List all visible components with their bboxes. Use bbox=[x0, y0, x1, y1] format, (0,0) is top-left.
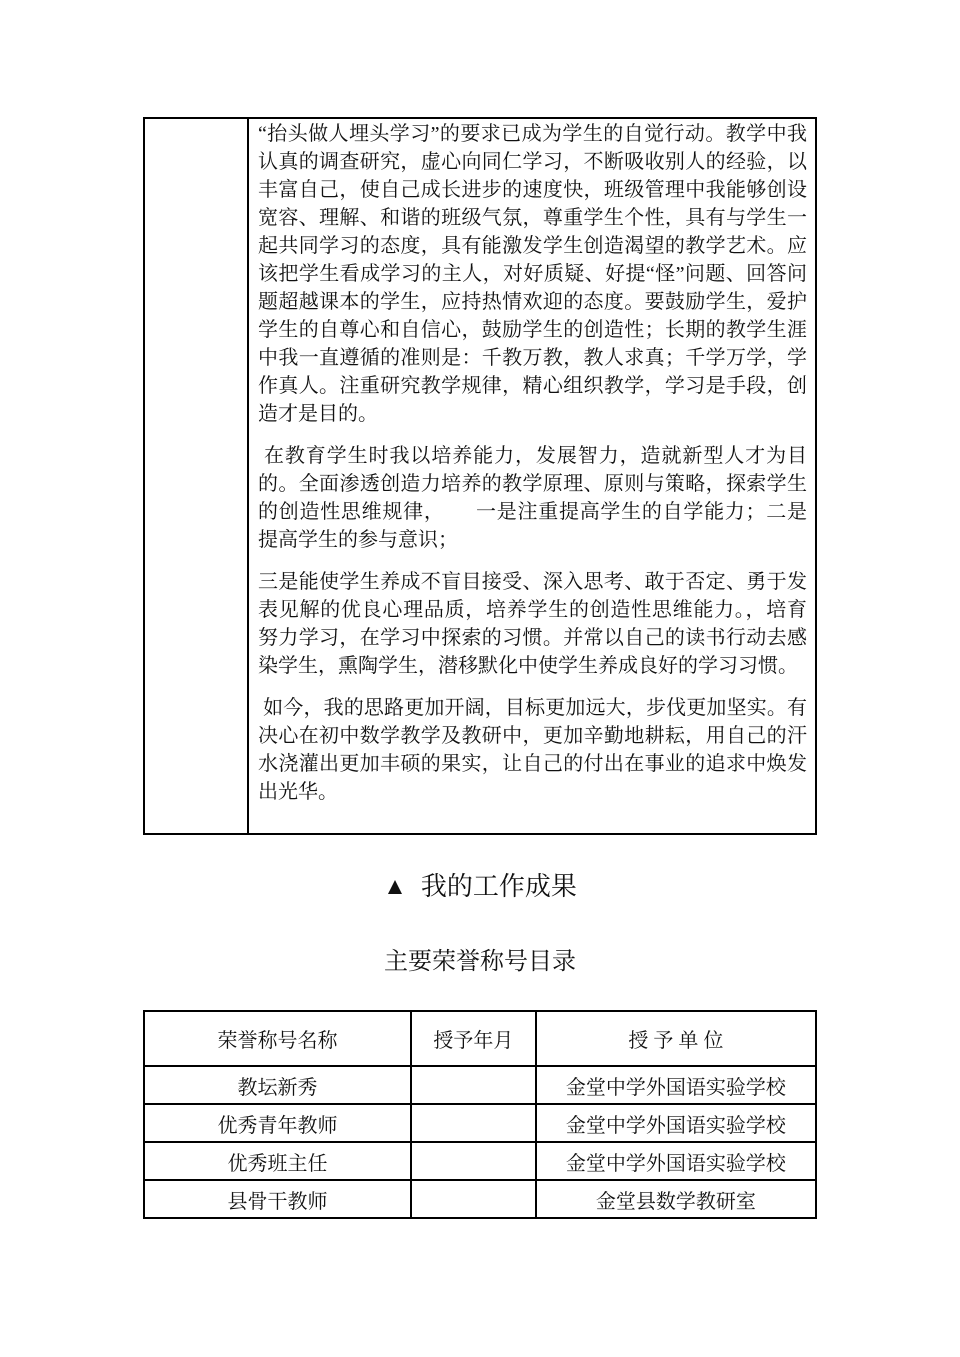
honor-row: 优秀班主任 金堂中学外国语实验学校 bbox=[144, 1142, 816, 1180]
honor-name-cell: 县骨干教师 bbox=[144, 1180, 411, 1218]
honor-row: 优秀青年教师 金堂中学外国语实验学校 bbox=[144, 1104, 816, 1142]
triangle-marker-icon: ▲ bbox=[383, 874, 407, 900]
award-date-cell bbox=[411, 1180, 536, 1218]
document-page: “抬头做人埋头学习”的要求已成为学生的自觉行动。教学中我认真的调查研究，虚心向同… bbox=[0, 0, 960, 1357]
award-date-cell bbox=[411, 1104, 536, 1142]
award-unit-cell: 金堂中学外国语实验学校 bbox=[536, 1104, 816, 1142]
paragraph: 如今，我的思路更加开阔，目标更加远大，步伐更加坚实。有决心在初中数学教学及教研中… bbox=[258, 694, 807, 806]
paragraph: 在教育学生时我以培养能力，发展智力，造就新型人才为目的。全面渗透创造力培养的教学… bbox=[258, 442, 807, 554]
honor-row: 教坛新秀 金堂中学外国语实验学校 bbox=[144, 1066, 816, 1104]
header-cell-award-date: 授予年月 bbox=[411, 1011, 536, 1066]
award-unit-cell: 金堂县数学教研室 bbox=[536, 1180, 816, 1218]
honor-name-cell: 优秀班主任 bbox=[144, 1142, 411, 1180]
section-heading-text: 我的工作成果 bbox=[421, 872, 577, 901]
header-cell-award-unit: 授 予 单 位 bbox=[536, 1011, 816, 1066]
header-cell-title-name: 荣誉称号名称 bbox=[144, 1011, 411, 1066]
honor-row: 县骨干教师 金堂县数学教研室 bbox=[144, 1180, 816, 1218]
empty-label-cell bbox=[144, 118, 248, 834]
self-evaluation-table: “抬头做人埋头学习”的要求已成为学生的自觉行动。教学中我认真的调查研究，虚心向同… bbox=[143, 117, 817, 835]
honors-header-row: 荣誉称号名称 授予年月 授 予 单 位 bbox=[144, 1011, 816, 1066]
award-date-cell bbox=[411, 1142, 536, 1180]
honors-table: 荣誉称号名称 授予年月 授 予 单 位 教坛新秀 金堂中学外国语实验学校 优秀青… bbox=[143, 1010, 817, 1219]
award-date-cell bbox=[411, 1066, 536, 1104]
honor-name-cell: 优秀青年教师 bbox=[144, 1104, 411, 1142]
section-heading: ▲我的工作成果 bbox=[0, 870, 960, 905]
award-unit-cell: 金堂中学外国语实验学校 bbox=[536, 1142, 816, 1180]
paragraph: 三是能使学生养成不盲目接受、深入思考、敢于否定、勇于发表见解的优良心理品质，培养… bbox=[258, 568, 807, 680]
subheading: 主要荣誉称号目录 bbox=[0, 947, 960, 977]
paragraph: “抬头做人埋头学习”的要求已成为学生的自觉行动。教学中我认真的调查研究，虚心向同… bbox=[258, 120, 807, 428]
evaluation-text-cell: “抬头做人埋头学习”的要求已成为学生的自觉行动。教学中我认真的调查研究，虚心向同… bbox=[248, 118, 816, 834]
table-row: “抬头做人埋头学习”的要求已成为学生的自觉行动。教学中我认真的调查研究，虚心向同… bbox=[144, 118, 816, 834]
award-unit-cell: 金堂中学外国语实验学校 bbox=[536, 1066, 816, 1104]
honor-name-cell: 教坛新秀 bbox=[144, 1066, 411, 1104]
